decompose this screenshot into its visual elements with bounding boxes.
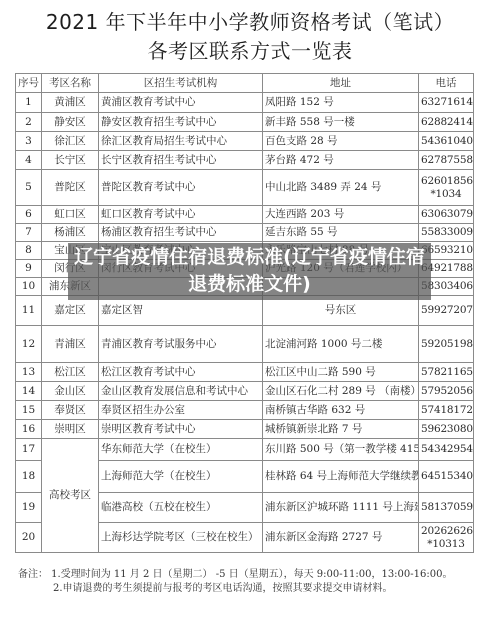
row-district: 崇明区 (42, 420, 99, 439)
row-no: 13 (16, 363, 42, 382)
row-agency: 华东师范大学（在校生） (99, 439, 263, 461)
row-no: 1 (16, 93, 42, 113)
row-address: 松江区中山二路 590 号 (263, 363, 419, 382)
row-phone: 59205198 (419, 326, 474, 363)
row-district: 松江区 (42, 363, 99, 382)
row-district: 虹口区 (42, 206, 99, 224)
row-address: 茅台路 472 号 (263, 151, 419, 170)
row-phone: 63271614 (419, 93, 474, 113)
row-address: 浦东新区金海路 2727 号 (263, 523, 419, 553)
row-district: 长宁区 (42, 151, 99, 170)
row-phone: 55833009 (419, 224, 474, 242)
row-no: 11 (16, 296, 42, 326)
row-address: 号东区 (263, 296, 419, 326)
row-no: 7 (16, 224, 42, 242)
phone-extension: *1034 (421, 188, 471, 201)
table-row: 14 金山区 金山区教育发展信息和考试中心 金山区石化二村 289 号 （南楼）… (16, 382, 474, 401)
row-agency: 上海师范大学（在校生） (99, 461, 263, 493)
row-address: 延吉东路 55 号 (263, 224, 419, 242)
row-address: 桂林路 64 号上海师范大学继续教育学院培训报名处 (263, 461, 419, 493)
row-address: 北淀浦河路 1000 号二楼 (263, 326, 419, 363)
row-address: 凤阳路 152 号 (263, 93, 419, 113)
row-district: 嘉定区 (42, 296, 99, 326)
row-agency: 松江区教育考试中心 (99, 363, 263, 382)
row-address: 新丰路 558 号一楼 (263, 113, 419, 132)
row-phone: 62787558 (419, 151, 474, 170)
row-no: 5 (16, 170, 42, 206)
table-row: 16 崇明区 崇明区教育考试中心 城桥镇新崇北路 7 号 59623080 (16, 420, 474, 439)
table-row: 6 虹口区 虹口区教育考试中心 大连西路 203 号 63063079 (16, 206, 474, 224)
row-phone: 54342954 (419, 439, 474, 461)
notes-section: 备注： 1.受理时间为 11 月 2 日（星期二） -5 日（星期五），每天 9… (18, 568, 452, 596)
header-district: 考区名称 (42, 74, 99, 93)
row-agency: 普陀区教育考试中心 (99, 170, 263, 206)
row-phone: 54361040 (419, 132, 474, 151)
row-no: 4 (16, 151, 42, 170)
document-title: 2021 年下半年中小学教师资格考试（笔试） (0, 6, 500, 35)
row-phone: 62882414 (419, 113, 474, 132)
row-no: 18 (16, 461, 42, 493)
row-address: 南桥镇古华路 632 号 (263, 401, 419, 420)
header-no: 序号 (16, 74, 42, 93)
row-agency: 徐汇区教育局招生考试中心 (99, 132, 263, 151)
row-phone: 57821165 (419, 363, 474, 382)
row-agency: 上海杉达学院考区（三校在校生） (99, 523, 263, 553)
row-no: 3 (16, 132, 42, 151)
row-phone: 20262626 *10313 (419, 523, 474, 553)
row-district: 普陀区 (42, 170, 99, 206)
row-agency: 长宁区教育招生考试中心 (99, 151, 263, 170)
row-address: 百色支路 28 号 (263, 132, 419, 151)
row-no: 20 (16, 523, 42, 553)
row-agency: 临港高校（五校在校生） (99, 493, 263, 523)
header-agency: 区招生考试机构 (99, 74, 263, 93)
table-row: 3 徐汇区 徐汇区教育局招生考试中心 百色支路 28 号 54361040 (16, 132, 474, 151)
row-district: 徐汇区 (42, 132, 99, 151)
note-line-1: 备注： 1.受理时间为 11 月 2 日（星期二） -5 日（星期五），每天 9… (18, 568, 452, 582)
row-district: 奉贤区 (42, 401, 99, 420)
row-phone: 58137059 (419, 493, 474, 523)
row-agency: 金山区教育发展信息和考试中心 (99, 382, 263, 401)
phone-number: 20262626 (421, 525, 471, 538)
row-agency: 奉贤区招生办公室 (99, 401, 263, 420)
contact-table: 序号 考区名称 区招生考试机构 地址 电话 1 黄浦区 黄浦区教育考试中心 凤阳… (15, 73, 474, 553)
row-address: 东川路 500 号（第一教学楼 415） (263, 439, 419, 461)
row-address: 浦东新区沪城环路 1111 号上海建桥学院学生事务中心 306 室 (263, 493, 419, 523)
table-header-row: 序号 考区名称 区招生考试机构 地址 电话 (16, 74, 474, 93)
row-district: 金山区 (42, 382, 99, 401)
row-phone: 57952056 (419, 382, 474, 401)
row-agency: 青浦区教育考试服务中心 (99, 326, 263, 363)
caption-overlay-text: 辽宁省疫情住宿退费标准(辽宁省疫情住宿退费标准文件) (68, 244, 431, 298)
row-district: 青浦区 (42, 326, 99, 363)
note-line-2: 2.申请退费的考生须提前与报考的考区电话沟通，按照其要求提交申请材料。 (18, 582, 452, 596)
row-agency: 黄浦区教育考试中心 (99, 93, 263, 113)
row-phone: 63063079 (419, 206, 474, 224)
row-address: 城桥镇新崇北路 7 号 (263, 420, 419, 439)
row-no: 8 (16, 242, 42, 260)
row-no: 2 (16, 113, 42, 132)
row-no: 15 (16, 401, 42, 420)
row-agency: 嘉定区智 (99, 296, 263, 326)
row-phone: 62601856 *1034 (419, 170, 474, 206)
row-no: 19 (16, 493, 42, 523)
row-address: 大连西路 203 号 (263, 206, 419, 224)
table-row: 4 长宁区 长宁区教育招生考试中心 茅台路 472 号 62787558 (16, 151, 474, 170)
row-no: 16 (16, 420, 42, 439)
table-row: 15 奉贤区 奉贤区招生办公室 南桥镇古华路 632 号 57418172 (16, 401, 474, 420)
table-row: 13 松江区 松江区教育考试中心 松江区中山二路 590 号 57821165 (16, 363, 474, 382)
row-no: 10 (16, 278, 42, 296)
header-address: 地址 (263, 74, 419, 93)
header-phone: 电话 (419, 74, 474, 93)
table-row: 11 嘉定区 嘉定区智 号东区 59927207 (16, 296, 474, 326)
row-no: 12 (16, 326, 42, 363)
row-district: 黄浦区 (42, 93, 99, 113)
row-phone: 59623080 (419, 420, 474, 439)
table-row: 1 黄浦区 黄浦区教育考试中心 凤阳路 152 号 63271614 (16, 93, 474, 113)
row-no: 9 (16, 260, 42, 278)
table-row: 2 静安区 静安区教育招生考试中心 新丰路 558 号一楼 62882414 (16, 113, 474, 132)
table-row: 12 青浦区 青浦区教育考试服务中心 北淀浦河路 1000 号二楼 592051… (16, 326, 474, 363)
row-district-merged: 高校考区 (42, 439, 99, 553)
table-row: 17 高校考区 华东师范大学（在校生） 东川路 500 号（第一教学楼 415）… (16, 439, 474, 461)
row-no: 17 (16, 439, 42, 461)
row-phone: 64515340 (419, 461, 474, 493)
row-agency: 虹口区教育考试中心 (99, 206, 263, 224)
row-no: 14 (16, 382, 42, 401)
row-agency: 静安区教育招生考试中心 (99, 113, 263, 132)
table-row: 7 杨浦区 杨浦区教育招生考试中心 延吉东路 55 号 55833009 (16, 224, 474, 242)
row-agency: 崇明区教育考试中心 (99, 420, 263, 439)
table-row: 5 普陀区 普陀区教育考试中心 中山北路 3489 弄 24 号 6260185… (16, 170, 474, 206)
row-agency: 杨浦区教育招生考试中心 (99, 224, 263, 242)
row-district: 杨浦区 (42, 224, 99, 242)
row-phone: 59927207 (419, 296, 474, 326)
row-address: 中山北路 3489 弄 24 号 (263, 170, 419, 206)
phone-extension: *10313 (421, 538, 471, 551)
row-no: 6 (16, 206, 42, 224)
document-subtitle: 各考区联系方式一览表 (0, 35, 500, 64)
phone-number: 62601856 (421, 175, 471, 188)
row-district: 静安区 (42, 113, 99, 132)
row-address: 金山区石化二村 289 号 （南楼） (263, 382, 419, 401)
row-phone: 57418172 (419, 401, 474, 420)
